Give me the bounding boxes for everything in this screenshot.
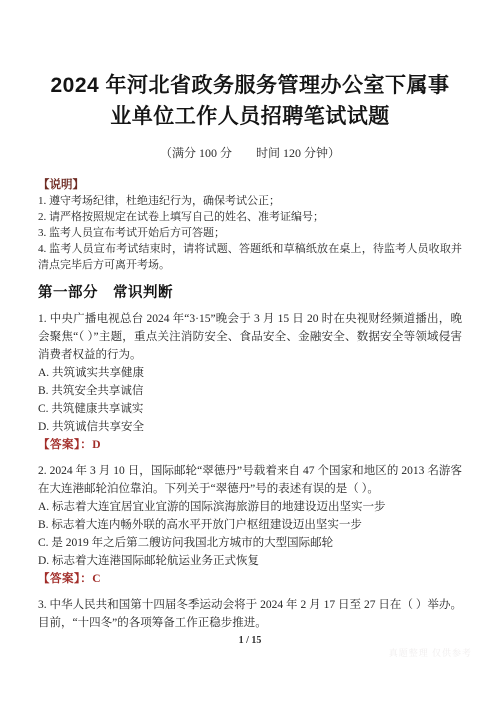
question-option: C. 共筑健康共享诚实 <box>38 400 462 418</box>
question-option: C. 是 2019 年之后第二艘访问我国北方城市的大型国际邮轮 <box>38 534 462 552</box>
answer-line: 【答案】：D <box>38 436 462 454</box>
question-text: 3. 中华人民共和国第十四届冬季运动会将于 2024 年 2 月 17 日至 2… <box>38 596 462 632</box>
question-text: 1. 中央广播电视总台 2024 年“3·15”晚会于 3 月 15 日 20 … <box>38 310 462 364</box>
question-block: 3. 中华人民共和国第十四届冬季运动会将于 2024 年 2 月 17 日至 2… <box>38 596 462 632</box>
question-option: A. 标志着大连宜居宜业宜游的国际滨海旅游目的地建设迈出坚实一步 <box>38 498 462 516</box>
question-option: D. 共筑诚信共享安全 <box>38 418 462 436</box>
question-option: B. 标志着大连内畅外联的高水平开放门户枢纽建设迈出坚实一步 <box>38 516 462 534</box>
question-option: A. 共筑诚实共享健康 <box>38 364 462 382</box>
question-block: 1. 中央广播电视总台 2024 年“3·15”晚会于 3 月 15 日 20 … <box>38 310 462 454</box>
exam-title: 2024 年河北省政务服务管理办公室下属事业单位工作人员招聘笔试试题 <box>44 70 456 132</box>
question-option: B. 共筑安全共享诚信 <box>38 382 462 400</box>
notice-item: 1. 遵守考场纪律，杜绝违纪行为，确保考试公正； <box>38 193 462 209</box>
notice-item: 2. 请严格按照规定在试卷上填写自己的姓名、准考证编号； <box>38 209 462 225</box>
answer-line: 【答案】：C <box>38 570 462 588</box>
exam-document-page: 2024 年河北省政务服务管理办公室下属事业单位工作人员招聘笔试试题 （满分 1… <box>0 0 500 707</box>
notice-item: 4. 监考人员宣布考试结束时，请将试题、答题纸和草稿纸放在桌上，待监考人员收取并… <box>38 241 462 273</box>
question-option: D. 标志着大连港国际邮轮航运业务正式恢复 <box>38 552 462 570</box>
question-block: 2. 2024 年 3 月 10 日，国际邮轮“翠德丹”号载着来自 47 个国家… <box>38 462 462 588</box>
answer-value: D <box>92 439 101 451</box>
notice-label: 【说明】 <box>38 177 462 193</box>
question-text: 2. 2024 年 3 月 10 日，国际邮轮“翠德丹”号载着来自 47 个国家… <box>38 462 462 498</box>
watermark: 真题整理 仅供参考 <box>389 646 472 659</box>
notice-item: 3. 监考人员宣布考试开始后方可答题； <box>38 225 462 241</box>
page-number: 1 / 15 <box>0 635 500 646</box>
answer-label: 【答案】： <box>38 573 92 585</box>
answer-value: C <box>92 573 101 585</box>
section-heading: 第一部分 常识判断 <box>38 281 462 302</box>
notice-section: 【说明】 1. 遵守考场纪律，杜绝违纪行为，确保考试公正； 2. 请严格按照规定… <box>38 177 462 273</box>
exam-score-time: （满分 100 分 时间 120 分钟） <box>38 144 462 161</box>
answer-label: 【答案】： <box>38 439 92 451</box>
